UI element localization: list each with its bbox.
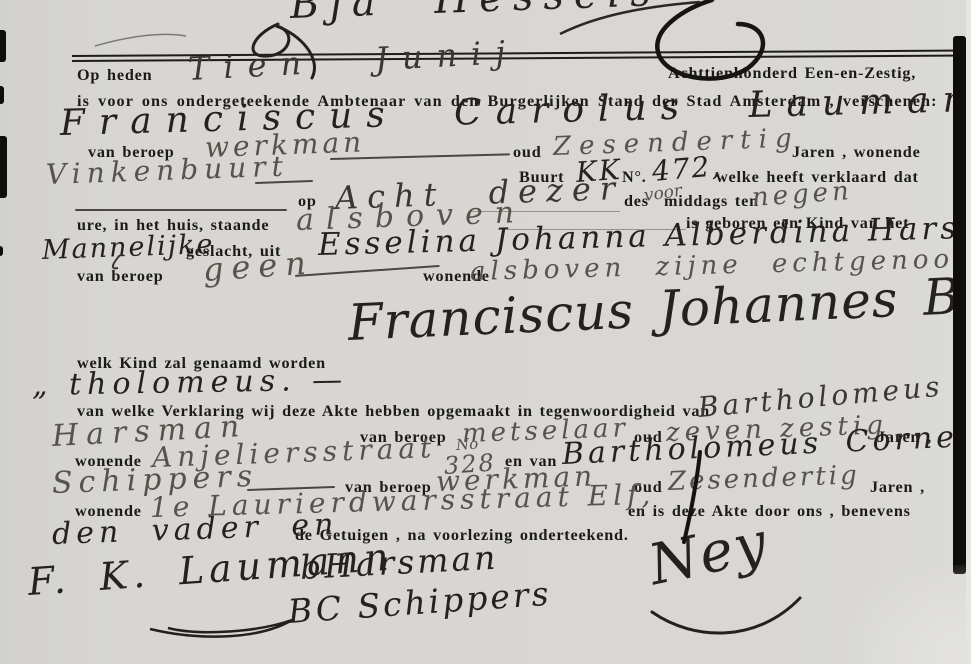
page-edge-shadow <box>953 36 966 574</box>
ink-dash <box>295 265 440 277</box>
hw-house-number: 472, <box>651 149 724 188</box>
scan-edge-mark <box>0 30 6 62</box>
ink-dash <box>75 209 287 211</box>
hw-child-name-continued: „ tholomeus. — <box>32 362 349 403</box>
scan-edge-mark <box>0 246 3 256</box>
printed-no-label: N°. <box>622 168 647 187</box>
header-scrawl: Bja Hessels <box>289 0 661 28</box>
printed-year: Achttienhonderd Een-en-Zestig, <box>668 64 916 83</box>
hw-declarant-address: Vinkenbuurt <box>45 150 289 191</box>
printed-oud-1: oud <box>513 143 542 162</box>
hw-mother-occupation: geen <box>202 243 315 289</box>
hw-witness2-age: Zesendertig <box>667 460 860 497</box>
printed-jaren-wonende: Jaren , wonende <box>792 143 921 162</box>
hw-birth-hour: negen <box>751 176 854 213</box>
document-scan: Bja Hessels Op heden Tien Junij Achttien… <box>0 0 971 664</box>
printed-middags-ten: middags ten <box>664 192 759 211</box>
scan-edge-mark <box>0 136 7 198</box>
printed-op-heden: Op heden <box>77 66 152 85</box>
corner-light-patch <box>850 565 971 664</box>
hw-date: Tien Junij <box>187 33 520 88</box>
printed-akte-line: en is deze Akte door ons , benevens <box>628 502 911 521</box>
signature-registrar: Ney <box>643 510 774 598</box>
hw-declarant-name: Franciscus Carolus Laumann <box>59 78 971 144</box>
printed-jaren-2: Jaren , <box>870 478 925 497</box>
printed-van-beroep-2: van beroep <box>77 267 164 286</box>
scan-edge-mark <box>0 86 4 104</box>
